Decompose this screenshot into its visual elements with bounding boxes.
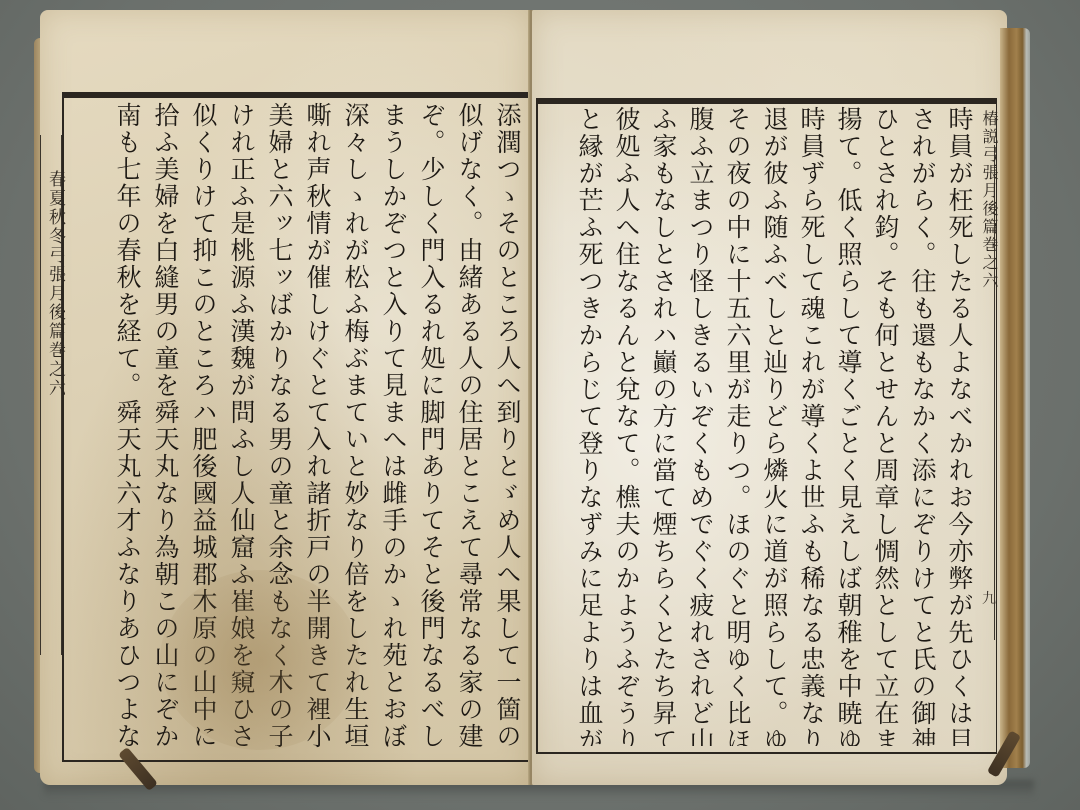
text-column: 添潤つゝそのところ人へ到りとゞめ人へ果して一箇の山寨ありけるかゝれ源ふ舟 [488,102,526,750]
text-column: 揚て。低く照らして導くごとく見えしば朝稚を中暁ゆく落涙し義夫 [830,106,867,746]
text-column: 腹ふ立まつり怪しきるいぞくもめでぐく疲れされど山路なれハ艱ハ [682,106,719,746]
text-column: 退が彼ふ随ふべしと辿りどら燐火に道が照らして。ゆくともおぼえず [756,106,793,746]
text-column: されがらく。往も還もなかく添にぞりけてと氏の御神も見そなはす [904,106,941,746]
text-column: その夜の中に十五六里が走りつ。ほのぐと明ゆく比ほもしらぬ山の半 [719,106,756,746]
text-column: ひとされ鈞。そも何とせんと周章し惆然として立在まへば燐火へ頻ふ高く [867,106,904,746]
text-column: 時員が枉死したる人よなべかれお今亦弊が先ひくは目暗の杖よ放れ [941,106,978,746]
text-column: ぞ。少しく門入るれ処に脚門ありてそと後門なるべし折ふし守人なく [412,102,450,750]
text-column: と縁が芒ふ死つきからじて登りなずみに足よりは血が出し。裾を朝露ふ [571,106,608,746]
open-book: 春夏秋冬弓張月後篇巻之六 添潤つゝそのところ人へ到りとゞめ人へ果して一箇の山寨あ… [40,10,1040,785]
text-column: 南も七年の春秋を経て。舜天丸六才ふなりあひつよなどおとなぶ [108,102,146,750]
text-column: 時員ずら死して魂これが導くよ世ふも稀なる忠義なりさらば進 [793,106,830,746]
text-column: まうしかぞつと入りて見まへは雌手のかゝれ苑とおぼしくて黄櫨楓いうくに [374,102,412,750]
page-number: 九 [982,588,996,608]
paper-stain [160,570,360,750]
text-column: ふ家もなしとされハ巓の方に當て煙ちらくとたち昇てしるば。さてそ [645,106,682,746]
text-column: 似げなく。由緒ある人の住居とこえて尋常なる家の建造にのみ [450,102,488,750]
left-page: 春夏秋冬弓張月後篇巻之六 添潤つゝそのところ人へ到りとゞめ人へ果して一箇の山寨あ… [40,10,530,785]
right-text-columns: 時員が枉死したる人よなべかれお今亦弊が先ひくは目暗の杖よ放れ されがらく。往も還… [540,106,978,746]
right-page-running-title: 椿説弓張月後篇巻之六 [978,110,1001,410]
right-page-edge [1000,28,1030,768]
text-column: 彼処ふ人へ住なるんと兌なて。樵夫のかようふぞうりなれ羊腸されど山をと [608,106,645,746]
